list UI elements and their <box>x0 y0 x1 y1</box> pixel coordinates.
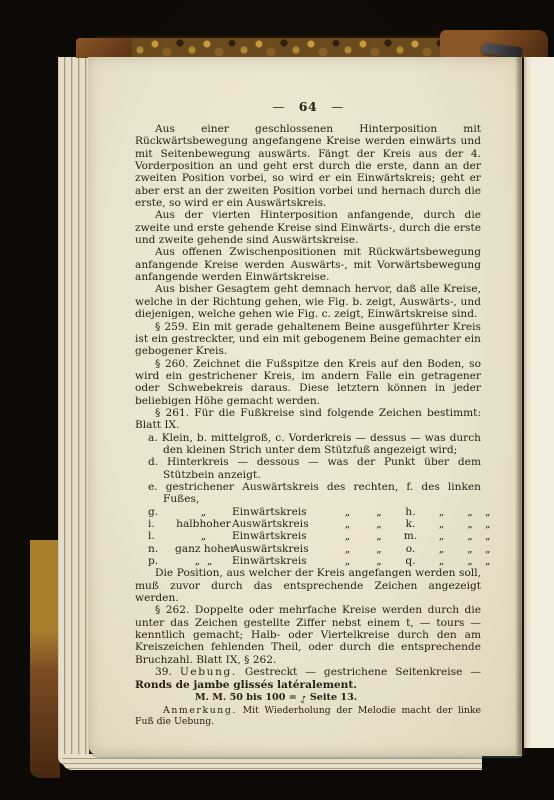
kreis-table-cell: Einwärtskreis <box>232 555 330 567</box>
kreis-table-cell: „ <box>485 530 491 542</box>
footnote: Anmerkung. Mit Wiederholung der Melodie … <box>135 705 481 727</box>
kreis-table-cell: l. <box>148 530 175 542</box>
kreis-table-cell: „ <box>330 506 365 518</box>
footnote-label: Anmerkung. <box>163 705 237 716</box>
list-item-text: Hinterkreis — dessous — was der Punkt üb… <box>163 456 481 480</box>
book-page: —64— Aus einer geschlossenen Hinterposit… <box>88 57 522 756</box>
list-marker: d. <box>148 456 158 468</box>
list-item-text: gestrichener Auswärtskreis des rechten, … <box>163 481 481 505</box>
page-gutter-shadow <box>515 57 527 755</box>
kreis-table-cell: Einwärtskreis <box>232 506 330 518</box>
body-paragraph-section-259: § 259. Ein mit gerade gehaltenem Beine a… <box>135 321 481 358</box>
kreis-table-cell: „ „ <box>175 555 232 567</box>
kreis-sign-table: g.„Einwärtskreis„„h.„„„i.halbhoherAuswär… <box>148 506 481 568</box>
kreis-table-cell: „ <box>365 518 393 530</box>
kreis-table-cell: „ <box>365 530 393 542</box>
body-paragraph: Aus der vierten Hinterposition anfangend… <box>135 209 481 246</box>
list-item-a: a. Klein, b. mittelgroß, c. Vorderkreis … <box>135 432 481 457</box>
page-text-block: Aus einer geschlossenen Hinterposition m… <box>135 123 481 727</box>
body-paragraph-section-260: § 260. Zeichnet die Fußspitze den Kreis … <box>135 358 481 407</box>
body-paragraph: Aus offenen Zwischenpositionen mit Rückw… <box>135 246 481 283</box>
kreis-table-cell: „ <box>330 543 365 555</box>
kreis-table-cell: o. <box>393 543 428 555</box>
exercise-heading: 39. Uebung. Gestreckt — gestrichene Seit… <box>135 666 481 692</box>
kreis-table-cell: g. <box>148 506 175 518</box>
kreis-table-cell: ganz hoher <box>175 543 232 555</box>
book-cover-left-edge <box>30 540 60 778</box>
kreis-table-cell: q. <box>393 555 428 567</box>
kreis-table-cell: „ <box>428 555 455 567</box>
page-number-dash: — <box>331 100 344 114</box>
list-item-d: d. Hinterkreis — dessous — was der Punkt… <box>135 456 481 481</box>
kreis-table-cell: „ <box>428 518 455 530</box>
kreis-table-cell: „ <box>365 506 393 518</box>
list-marker: e. <box>148 481 158 493</box>
kreis-table-cell: „ <box>485 543 491 555</box>
list-marker: a. <box>148 432 158 444</box>
kreis-table-cell: k. <box>393 518 428 530</box>
metronome-page-ref: Seite 13. <box>307 692 358 703</box>
body-paragraph: Die Position, aus welcher der Kreis ange… <box>135 567 481 604</box>
list-item-text: Klein, b. mittelgroß, c. Vorderkreis — d… <box>162 432 481 456</box>
kreis-table-cell: m. <box>393 530 428 542</box>
kreis-table-cell: „ <box>428 543 455 555</box>
metronome-line: M. M. 50 bis 100 = ♪ Seite 13. <box>195 692 481 704</box>
kreis-table-cell: „ <box>330 555 365 567</box>
list-item-e: e. gestrichener Auswärtskreis des rechte… <box>135 481 481 506</box>
kreis-table-cell: „ <box>455 543 485 555</box>
kreis-table-cell: „ <box>175 506 232 518</box>
facing-page-edge <box>524 57 554 748</box>
kreis-table-cell: Auswärtskreis <box>232 518 330 530</box>
kreis-table-cell: „ <box>428 530 455 542</box>
page-number-dash: — <box>272 100 285 114</box>
metronome-text: M. M. 50 bis 100 = <box>195 692 300 703</box>
exercise-title: Gestreckt — gestrichene Seitenkreise — <box>237 666 481 678</box>
book-photo-scene: —64— Aus einer geschlossenen Hinterposit… <box>0 0 554 800</box>
kreis-table-cell: „ <box>365 543 393 555</box>
kreis-table-cell: „ <box>485 506 491 518</box>
kreis-table-cell: „ <box>330 530 365 542</box>
body-paragraph-section-261: § 261. Für die Fußkreise sind folgende Z… <box>135 407 481 432</box>
kreis-table-cell: h. <box>393 506 428 518</box>
kreis-table-cell: p. <box>148 555 175 567</box>
body-paragraph-section-262: § 262. Doppelte oder mehrfache Kreise we… <box>135 604 481 666</box>
body-paragraph: Aus einer geschlossenen Hinterposition m… <box>135 123 481 209</box>
page-edges-left <box>58 57 89 765</box>
exercise-label: Uebung. <box>180 666 237 678</box>
kreis-table-cell: „ <box>455 530 485 542</box>
exercise-number: 39. <box>155 666 172 678</box>
body-paragraph: Aus bisher Gesagtem geht demnach hervor,… <box>135 283 481 320</box>
page-number-value: 64 <box>285 99 331 114</box>
kreis-table-cell: „ <box>365 555 393 567</box>
page-edges-bottom <box>62 754 482 770</box>
kreis-table-cell: „ <box>428 506 455 518</box>
kreis-table-cell: Auswärtskreis <box>232 543 330 555</box>
note-icon: ♪ <box>300 692 306 704</box>
exercise-french-title: Ronds de jambe glissés latéralement. <box>135 679 357 691</box>
kreis-table-cell: „ <box>175 530 232 542</box>
kreis-table-cell: „ <box>455 518 485 530</box>
kreis-table-cell: „ <box>330 518 365 530</box>
kreis-table-cell: halbhoher <box>175 518 232 530</box>
kreis-table-cell: „ <box>485 518 491 530</box>
kreis-table-cell: n. <box>148 543 175 555</box>
leather-corner-top-left <box>76 38 132 58</box>
kreis-table-cell: i. <box>148 518 175 530</box>
page-number: —64— <box>135 99 481 114</box>
kreis-table-cell: Einwärtskreis <box>232 530 330 542</box>
kreis-table-cell: „ <box>455 506 485 518</box>
kreis-table-cell: „ <box>455 555 485 567</box>
kreis-table-cell: „ <box>485 555 491 567</box>
